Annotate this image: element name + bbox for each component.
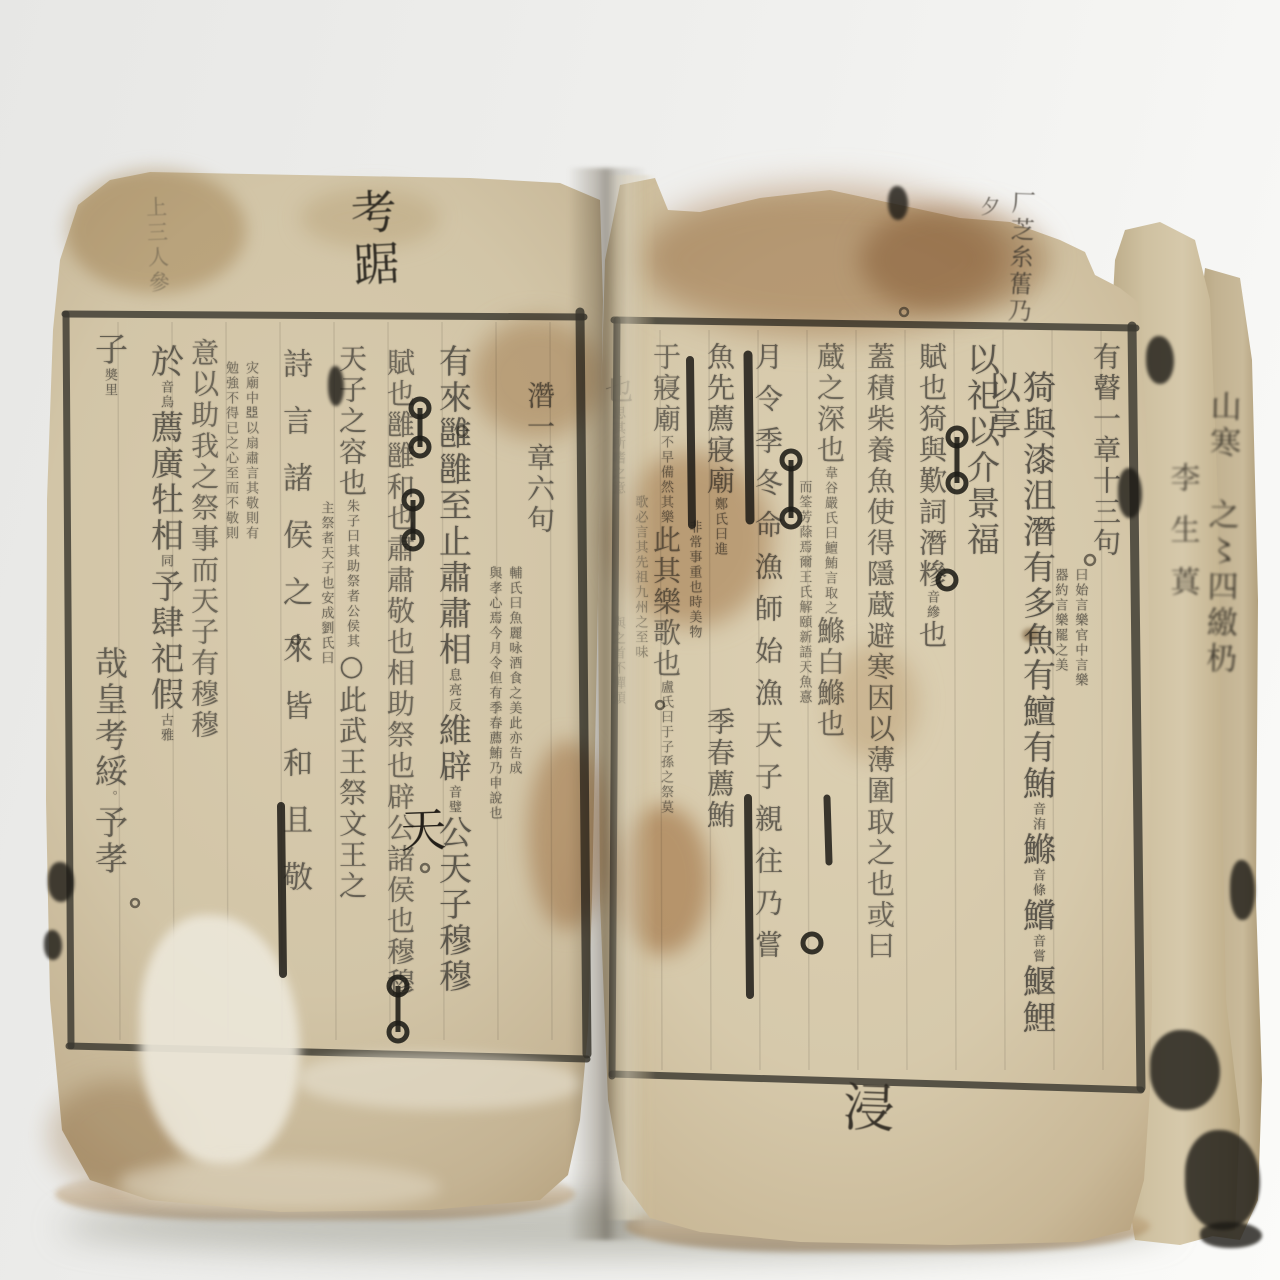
text-column-right-8: 魚先薦寢廟鄭氏曰進季春薦鮪非常事重也時美物 xyxy=(678,330,734,1066)
text-strip: 蔵之深也韋谷嚴氏曰鱣鮪言取之鰷白鰷也 xyxy=(814,330,844,740)
glyph-run: 音烏 xyxy=(158,380,173,410)
glyph-run: 音璧 xyxy=(446,785,461,815)
text-strip: 有瞽一章十三句 xyxy=(1090,330,1120,559)
text-column-left-8: 子奬里哉皇考綏。予孝 xyxy=(76,326,126,1042)
glyph-run: 而筌芳蒢焉爾王氏解頤新語天魚憙 xyxy=(796,480,811,705)
glyph-run: 有來雝雝至止肅肅相 xyxy=(434,344,473,668)
glyph-run: 薦廣牡相 xyxy=(146,410,185,554)
glyph-run: 哉皇考綏 xyxy=(90,646,129,790)
text-strip: 賦也猗與歎詞潛糝音縿也 xyxy=(916,330,946,651)
glyph-run: 朱子曰其助祭者公侯其 xyxy=(344,499,359,649)
text-strip: 魚先薦寢廟鄭氏曰進季春薦鮪 xyxy=(704,330,734,831)
text-column-right-4: 賦也猗與歎詞潛糝音縿也 xyxy=(900,330,946,1066)
glyph-run: 天子之容也 xyxy=(335,344,368,499)
glyph-run: 鄭氏曰進 xyxy=(712,497,727,557)
glyph-run: ○此武王祭文王之 xyxy=(335,649,368,902)
glyph-run: 公天子穆穆 xyxy=(434,815,473,995)
glyph-run: 。 xyxy=(102,790,117,805)
glyph-run: 音縿 xyxy=(924,590,939,620)
glyph-run: 古雅 xyxy=(158,713,173,743)
text-strip: 天子之容也朱子曰其助祭者公侯其○此武王祭文王之 xyxy=(336,326,366,902)
glyph-run: 予肆祀假 xyxy=(146,569,185,713)
text-strip: 勉強不得已之心至而不敬則 xyxy=(221,326,238,541)
text-column-right-1: 有瞽一章十三句曰始言樂官中言樂器約言樂罷之美 xyxy=(1058,330,1120,1066)
glyph-run: 於 xyxy=(146,344,185,380)
glyph-run: 濳一章六句 xyxy=(523,381,556,536)
text-column-left-5: 詩言諸侯之來皆和且敬 xyxy=(260,326,310,1042)
glyph-run: 蔵之深也 xyxy=(813,342,846,466)
glyph-run: 輔氏曰魚麗咏酒食之美此亦告成 xyxy=(506,566,521,776)
text-column-right-7: 月令季冬命漁師始漁天子親往乃嘗 xyxy=(734,330,782,1066)
glyph-run: 有瞽一章十三句 xyxy=(1089,342,1122,559)
glyph-run: 曰始言樂官中言樂 xyxy=(1072,568,1087,688)
glyph-run: 鱨 xyxy=(1018,898,1057,934)
text-column-left-4: 天子之容也朱子曰其助祭者公侯其○此武王祭文王之主祭者天子也安成劉氏曰 xyxy=(312,326,366,1042)
text-strip: 輔氏曰魚麗咏酒食之美此亦告成 xyxy=(504,326,521,776)
glyph-run: 予孝 xyxy=(90,805,129,877)
glyph-run: 音洧 xyxy=(1030,802,1045,832)
glyph-run: 息亮反 xyxy=(446,668,461,713)
glyph-run: 不早備然其樂 xyxy=(658,435,673,525)
text-strip: 而筌芳蒢焉爾王氏解頤新語天魚憙 xyxy=(794,330,811,705)
glyph-run: 灾廟中𠁁以扇肅言其敬則有 xyxy=(243,361,258,541)
text-strip: 非常事重也時美物 xyxy=(684,330,701,640)
glyph-run: 音嘗 xyxy=(1030,934,1045,964)
text-strip: 意以助我之祭事而天子有穆穆 xyxy=(188,326,218,741)
glyph-run: 猗與漆沮潛有多魚有鱣有鮪 xyxy=(1018,370,1057,802)
glyph-run: 非常事重也時美物 xyxy=(686,520,701,640)
text-strip: 濳一章六句 xyxy=(524,326,554,536)
text-column-right-3: 以祀以介景福 xyxy=(952,330,998,1066)
text-strip: 灾廟中𠁁以扇肅言其敬則有 xyxy=(241,326,258,541)
glyph-run: 韋谷嚴氏曰鱣鮪言取之 xyxy=(822,466,837,616)
text-column-left-3: 賦也雝雝和也肅肅敬也相助祭也辟公諸侯也穆穆 xyxy=(368,326,414,1042)
text-column-right-2: 猗與漆沮潛有多魚有鱣有鮪音洧鰷音條鱨音嘗鰋鯉以享 xyxy=(1004,330,1054,1066)
glyph-run: 同 xyxy=(158,554,173,569)
glyph-run: 魚先薦寢廟 xyxy=(703,342,736,497)
glyph-run: 盧氏曰于子孫之祭莫 xyxy=(658,680,673,815)
glyph-run: 蓋積柴養魚使得隱蔵避寒因以薄圍取之也或曰 xyxy=(863,342,896,962)
text-strip: 月令季冬命漁師始漁天子親往乃嘗 xyxy=(752,330,782,972)
text-strip: 與孝心焉今月令但有季春薦鮪乃申說也 xyxy=(484,326,501,821)
text-column-left-6: 灾廟中𠁁以扇肅言其敬則有勉強不得已之心至而不敬則意以助我之祭事而天子有穆穆 xyxy=(192,326,258,1042)
text-strip: 曰始言樂官中言樂 xyxy=(1070,330,1087,688)
glyph-run: 主祭者天子也安成劉氏曰 xyxy=(318,501,333,666)
text-strip: 以祀以介景福 xyxy=(963,330,998,558)
text-strip: 賦也雝雝和也肅肅敬也相助祭也辟公諸侯也穆穆 xyxy=(384,326,414,999)
text-strip: 有來雝雝至止肅肅相息亮反維辟音璧公天子穆穆 xyxy=(435,326,470,995)
glyph-run: 意以助我之祭事而天子有穆穆 xyxy=(187,338,220,741)
glyph-run: 與孝心焉今月令但有季春薦鮪乃申說也 xyxy=(486,566,501,821)
glyph-run: 季春薦鮪 xyxy=(703,707,736,831)
text-strip: 子奬里哉皇考綏。予孝 xyxy=(91,326,126,877)
glyph-run: 賦也雝雝和也肅肅敬也相助祭也辟公諸侯也穆穆 xyxy=(383,348,416,999)
text-column-left-7: 於音烏薦廣牡相同予肆祀假古雅 xyxy=(132,326,182,1042)
text-strip: 主祭者天子也安成劉氏曰 xyxy=(316,326,333,666)
glyph-run: 奬里 xyxy=(102,368,117,398)
text-column-left-1: 濳一章六句輔氏曰魚麗咏酒食之美此亦告成與孝心焉今月令但有季春薦鮪乃申說也 xyxy=(492,326,554,1042)
glyph-run: 勉強不得已之心至而不敬則 xyxy=(223,361,238,541)
glyph-run: 維辟 xyxy=(434,713,473,785)
text-column-right-6: 蔵之深也韋谷嚴氏曰鱣鮪言取之鰷白鰷也而筌芳蒢焉爾王氏解頤新語天魚憙 xyxy=(786,330,844,1066)
text-strip: 蓋積柴養魚使得隱蔵避寒因以薄圍取之也或曰 xyxy=(864,330,894,962)
glyph-run: 音條 xyxy=(1030,868,1045,898)
glyph-run: 賦也猗與歎詞潛糝 xyxy=(915,342,948,590)
glyph-run: 月令季冬命漁師始漁天子親往乃嘗 xyxy=(751,342,784,972)
glyph-run: 以祀以介景福 xyxy=(962,342,1001,558)
glyph-run: 詩言諸侯之來皆和且敬 xyxy=(277,348,312,918)
text-strip: 詩言諸侯之來皆和且敬 xyxy=(278,326,310,918)
text-column-left-2: 有來雝雝至止肅肅相息亮反維辟音璧公天子穆穆 xyxy=(420,326,470,1042)
text-strip: 於音烏薦廣牡相同予肆祀假古雅 xyxy=(147,326,182,743)
glyph-run: 子 xyxy=(90,332,129,368)
photo-of-open-antique-book: 濳一章六句輔氏曰魚麗咏酒食之美此亦告成與孝心焉今月令但有季春薦鮪乃申說也有來雝雝… xyxy=(0,0,1280,1280)
glyph-run: 鰷白鰷也 xyxy=(813,616,846,740)
text-column-right-5: 蓋積柴養魚使得隱蔵避寒因以薄圍取之也或曰 xyxy=(848,330,894,1066)
glyph-run: 也 xyxy=(915,620,948,651)
glyph-run: 鰷 xyxy=(1018,832,1057,868)
book-gutter-shadow xyxy=(568,168,648,1240)
